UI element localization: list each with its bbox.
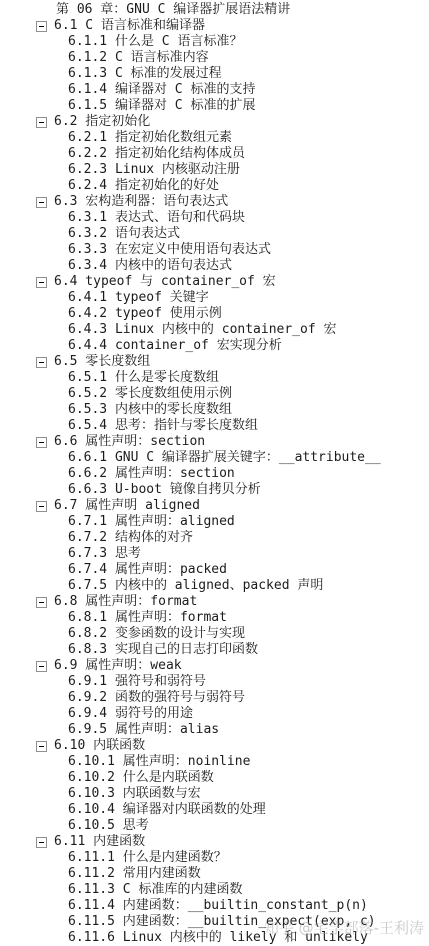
tree-child-row: 6.9.5 属性声明：alias	[0, 722, 429, 738]
tree-child-row: 6.10.1 属性声明：noinline	[0, 754, 429, 770]
tree-child-row: 6.5.1 什么是零长度数组	[0, 370, 429, 386]
collapse-minus-icon[interactable]	[36, 437, 47, 448]
tree-child-row: 6.6.3 U-boot 镜像自拷贝分析	[0, 482, 429, 498]
toc-child-entry[interactable]: 6.9.2 函数的强符号与弱符号	[68, 690, 245, 706]
toc-child-entry[interactable]: 6.2.2 指定初始化结构体成员	[68, 146, 245, 162]
toc-child-entry[interactable]: 6.4.3 Linux 内核中的 container_of 宏	[68, 322, 337, 338]
toc-child-entry[interactable]: 6.7.5 内核中的 aligned、packed 声明	[68, 578, 323, 594]
toc-tree-rows: 6.1 C 语言标准和编译器6.1.1 什么是 C 语言标准？6.1.2 C 语…	[0, 18, 429, 946]
toc-child-entry[interactable]: 6.10.4 编译器对内联函数的处理	[68, 802, 266, 818]
toc-child-entry[interactable]: 6.1.1 什么是 C 语言标准？	[68, 34, 242, 50]
minus-glyph	[39, 442, 44, 443]
toc-section-entry[interactable]: 6.5 零长度数组	[54, 354, 150, 370]
tree-child-row: 6.6.2 属性声明：section	[0, 466, 429, 482]
toc-child-entry[interactable]: 6.3.4 内核中的语句表达式	[68, 258, 232, 274]
tree-child-row: 6.11.2 常用内建函数	[0, 866, 429, 882]
minus-glyph	[39, 746, 44, 747]
tree-child-row: 6.10.3 内联函数与宏	[0, 786, 429, 802]
toc-section-entry[interactable]: 6.2 指定初始化	[54, 114, 150, 130]
toc-child-entry[interactable]: 6.8.1 属性声明：format	[68, 610, 227, 626]
chapter-title: 第 06 章：GNU C 编译器扩展语法精讲	[56, 2, 290, 18]
tree-section-row: 6.4 typeof 与 container_of 宏	[0, 274, 429, 290]
tree-child-row: 6.2.4 指定初始化的好处	[0, 178, 429, 194]
tree-child-row: 6.1.5 编译器对 C 标准的扩展	[0, 98, 429, 114]
toc-child-entry[interactable]: 6.11.2 常用内建函数	[68, 866, 201, 882]
tree-child-row: 6.7.4 属性声明：packed	[0, 562, 429, 578]
collapse-minus-icon[interactable]	[36, 741, 47, 752]
minus-glyph	[39, 602, 44, 603]
tree-child-row: 6.3.3 在宏定义中使用语句表达式	[0, 242, 429, 258]
tree-child-row: 6.1.1 什么是 C 语言标准？	[0, 34, 429, 50]
toc-section-entry[interactable]: 6.10 内联函数	[54, 738, 145, 754]
toc-child-entry[interactable]: 6.11.6 Linux 内核中的 likely 和 unlikely	[68, 930, 368, 946]
tree-section-row: 6.2 指定初始化	[0, 114, 429, 130]
tree-child-row: 6.1.2 C 语言标准内容	[0, 50, 429, 66]
tree-child-row: 6.4.1 typeof 关键字	[0, 290, 429, 306]
toc-child-entry[interactable]: 6.10.1 属性声明：noinline	[68, 754, 250, 770]
tree-child-row: 6.3.1 表达式、语句和代码块	[0, 210, 429, 226]
toc-child-entry[interactable]: 6.6.3 U-boot 镜像自拷贝分析	[68, 482, 261, 498]
toc-child-entry[interactable]: 6.1.2 C 语言标准内容	[68, 50, 209, 66]
tree-child-row: 6.7.2 结构体的对齐	[0, 530, 429, 546]
toc-section-entry[interactable]: 6.3 宏构造利器：语句表达式	[54, 194, 228, 210]
tree-child-row: 6.9.2 函数的强符号与弱符号	[0, 690, 429, 706]
tree-section-row: 6.9 属性声明：weak	[0, 658, 429, 674]
tree-child-row: 6.8.2 变参函数的设计与实现	[0, 626, 429, 642]
tree-child-row: 6.6.1 GNU C 编译器扩展关键字：__attribute__	[0, 450, 429, 466]
toc-section-entry[interactable]: 6.1 C 语言标准和编译器	[54, 18, 205, 34]
tree-section-row: 6.6 属性声明：section	[0, 434, 429, 450]
toc-child-entry[interactable]: 6.11.4 内建函数：__builtin_constant_p(n)	[68, 898, 368, 914]
collapse-minus-icon[interactable]	[36, 661, 47, 672]
tree-child-row: 6.9.1 强符号和弱符号	[0, 674, 429, 690]
toc-child-entry[interactable]: 6.4.4 container_of 宏实现分析	[68, 338, 282, 354]
toc-tree: 第 06 章：GNU C 编译器扩展语法精讲 6.1 C 语言标准和编译器6.1…	[0, 0, 429, 946]
collapse-minus-icon[interactable]	[36, 277, 47, 288]
toc-child-entry[interactable]: 6.5.2 零长度数组使用示例	[68, 386, 232, 402]
toc-child-entry[interactable]: 6.7.4 属性声明：packed	[68, 562, 227, 578]
tree-child-row: 6.5.3 内核中的零长度数组	[0, 402, 429, 418]
toc-child-entry[interactable]: 6.1.5 编译器对 C 标准的扩展	[68, 98, 255, 114]
tree-child-row: 6.2.3 Linux 内核驱动注册	[0, 162, 429, 178]
toc-child-entry[interactable]: 6.3.2 语句表达式	[68, 226, 180, 242]
toc-child-entry[interactable]: 6.1.3 C 标准的发展过程	[68, 66, 222, 82]
toc-child-entry[interactable]: 6.10.2 什么是内联函数	[68, 770, 214, 786]
toc-child-entry[interactable]: 6.5.1 什么是零长度数组	[68, 370, 219, 386]
toc-section-entry[interactable]: 6.7 属性声明 aligned	[54, 498, 200, 514]
tree-section-row: 6.8 属性声明：format	[0, 594, 429, 610]
toc-child-entry[interactable]: 6.10.5 思考	[68, 818, 149, 834]
toc-child-entry[interactable]: 6.7.3 思考	[68, 546, 141, 562]
collapse-minus-icon[interactable]	[36, 357, 47, 368]
toc-section-entry[interactable]: 6.8 属性声明：format	[54, 594, 197, 610]
minus-glyph	[39, 202, 44, 203]
toc-section-entry[interactable]: 6.4 typeof 与 container_of 宏	[54, 274, 276, 290]
tree-child-row: 6.9.4 弱符号的用途	[0, 706, 429, 722]
chapter-title-row: 第 06 章：GNU C 编译器扩展语法精讲	[0, 2, 429, 18]
tree-child-row: 6.2.1 指定初始化数组元素	[0, 130, 429, 146]
minus-glyph	[39, 842, 44, 843]
tree-section-row: 6.7 属性声明 aligned	[0, 498, 429, 514]
tree-child-row: 6.4.2 typeof 使用示例	[0, 306, 429, 322]
tree-child-row: 6.7.1 属性声明：aligned	[0, 514, 429, 530]
collapse-minus-icon[interactable]	[36, 21, 47, 32]
toc-child-entry[interactable]: 6.11.5 内建函数：__builtin_expect(exp, c)	[68, 914, 376, 930]
toc-child-entry[interactable]: 6.1.4 编译器对 C 标准的支持	[68, 82, 255, 98]
tree-child-row: 6.3.4 内核中的语句表达式	[0, 258, 429, 274]
toc-child-entry[interactable]: 6.8.2 变参函数的设计与实现	[68, 626, 245, 642]
tree-child-row: 6.11.3 C 标准库的内建函数	[0, 882, 429, 898]
tree-section-row: 6.11 内建函数	[0, 834, 429, 850]
collapse-minus-icon[interactable]	[36, 837, 47, 848]
toc-child-entry[interactable]: 6.6.2 属性声明：section	[68, 466, 235, 482]
minus-glyph	[39, 506, 44, 507]
minus-glyph	[39, 666, 44, 667]
tree-child-row: 6.3.2 语句表达式	[0, 226, 429, 242]
tree-child-row: 6.11.5 内建函数：__builtin_expect(exp, c)	[0, 914, 429, 930]
toc-child-entry[interactable]: 6.5.4 思考：指针与零长度数组	[68, 418, 258, 434]
tree-child-row: 6.7.3 思考	[0, 546, 429, 562]
tree-child-row: 6.11.4 内建函数：__builtin_constant_p(n)	[0, 898, 429, 914]
tree-child-row: 6.10.4 编译器对内联函数的处理	[0, 802, 429, 818]
tree-child-row: 6.11.1 什么是内建函数？	[0, 850, 429, 866]
toc-child-entry[interactable]: 6.3.1 表达式、语句和代码块	[68, 210, 245, 226]
tree-child-row: 6.8.1 属性声明：format	[0, 610, 429, 626]
toc-child-entry[interactable]: 6.8.3 实现自己的日志打印函数	[68, 642, 258, 658]
toc-child-entry[interactable]: 6.9.4 弱符号的用途	[68, 706, 193, 722]
toc-child-entry[interactable]: 6.6.1 GNU C 编译器扩展关键字：__attribute__	[68, 450, 381, 466]
toc-section-entry[interactable]: 6.11 内建函数	[54, 834, 145, 850]
tree-child-row: 6.2.2 指定初始化结构体成员	[0, 146, 429, 162]
tree-child-row: 6.1.4 编译器对 C 标准的支持	[0, 82, 429, 98]
minus-glyph	[39, 26, 44, 27]
toc-child-entry[interactable]: 6.2.3 Linux 内核驱动注册	[68, 162, 240, 178]
toc-child-entry[interactable]: 6.7.1 属性声明：aligned	[68, 514, 235, 530]
toc-child-entry[interactable]: 6.11.3 C 标准库的内建函数	[68, 882, 242, 898]
toc-child-entry[interactable]: 6.11.1 什么是内建函数？	[68, 850, 227, 866]
collapse-minus-icon[interactable]	[36, 117, 47, 128]
toc-child-entry[interactable]: 6.10.3 内联函数与宏	[68, 786, 201, 802]
collapse-minus-icon[interactable]	[36, 197, 47, 208]
minus-glyph	[39, 122, 44, 123]
collapse-minus-icon[interactable]	[36, 597, 47, 608]
tree-child-row: 6.8.3 实现自己的日志打印函数	[0, 642, 429, 658]
tree-child-row: 6.4.3 Linux 内核中的 container_of 宏	[0, 322, 429, 338]
tree-child-row: 6.10.5 思考	[0, 818, 429, 834]
tree-child-row: 6.5.2 零长度数组使用示例	[0, 386, 429, 402]
collapse-minus-icon[interactable]	[36, 501, 47, 512]
toc-child-entry[interactable]: 6.4.1 typeof 关键字	[68, 290, 209, 306]
toc-child-entry[interactable]: 6.9.1 强符号和弱符号	[68, 674, 206, 690]
toc-section-entry[interactable]: 6.6 属性声明：section	[54, 434, 205, 450]
tree-section-row: 6.1 C 语言标准和编译器	[0, 18, 429, 34]
tree-child-row: 6.7.5 内核中的 aligned、packed 声明	[0, 578, 429, 594]
toc-child-entry[interactable]: 6.4.2 typeof 使用示例	[68, 306, 222, 322]
tree-section-row: 6.5 零长度数组	[0, 354, 429, 370]
toc-child-entry[interactable]: 6.9.5 属性声明：alias	[68, 722, 219, 738]
toc-child-entry[interactable]: 6.2.1 指定初始化数组元素	[68, 130, 232, 146]
tree-child-row: 6.5.4 思考：指针与零长度数组	[0, 418, 429, 434]
tree-section-row: 6.3 宏构造利器：语句表达式	[0, 194, 429, 210]
toc-child-entry[interactable]: 6.3.3 在宏定义中使用语句表达式	[68, 242, 271, 258]
toc-child-entry[interactable]: 6.2.4 指定初始化的好处	[68, 178, 219, 194]
tree-child-row: 6.11.6 Linux 内核中的 likely 和 unlikely	[0, 930, 429, 946]
tree-child-row: 6.4.4 container_of 宏实现分析	[0, 338, 429, 354]
tree-section-row: 6.10 内联函数	[0, 738, 429, 754]
tree-child-row: 6.10.2 什么是内联函数	[0, 770, 429, 786]
minus-glyph	[39, 362, 44, 363]
toc-child-entry[interactable]: 6.5.3 内核中的零长度数组	[68, 402, 232, 418]
tree-child-row: 6.1.3 C 标准的发展过程	[0, 66, 429, 82]
minus-glyph	[39, 282, 44, 283]
toc-child-entry[interactable]: 6.7.2 结构体的对齐	[68, 530, 193, 546]
toc-section-entry[interactable]: 6.9 属性声明：weak	[54, 658, 182, 674]
